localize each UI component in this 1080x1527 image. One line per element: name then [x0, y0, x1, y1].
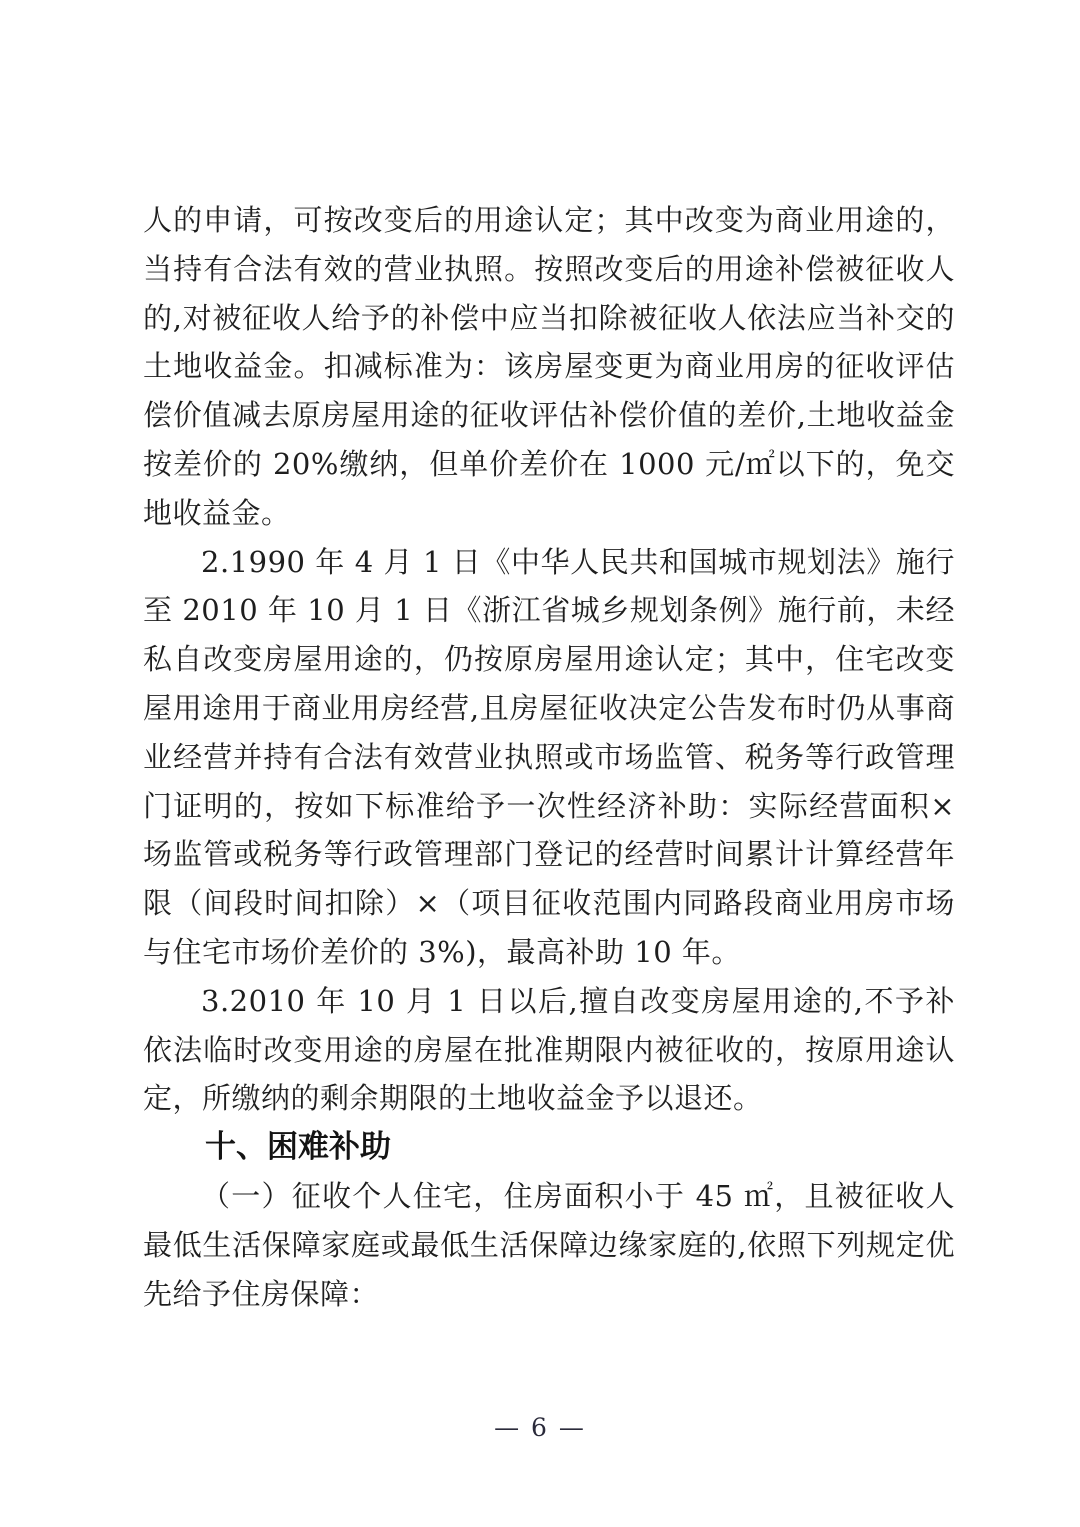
text-line: 业经营并持有合法有效营业执照或市场监管、税务等行政管理部: [143, 733, 955, 782]
text-line: 限（间段时间扣除）×（项目征收范围内同路段商业用房市场价: [143, 879, 955, 928]
section-heading: 十、困难补助: [143, 1123, 955, 1172]
text-line: 场监管或税务等行政管理部门登记的经营时间累计计算经营年: [143, 830, 955, 879]
text-line: 定，所缴纳的剩余期限的土地收益金予以退还。: [143, 1074, 955, 1123]
text-line: 依法临时改变用途的房屋在批准期限内被征收的，按原用途认: [143, 1026, 955, 1075]
text-line: 先给予住房保障：: [143, 1270, 955, 1319]
text-line: （一）征收个人住宅，住房面积小于 45 ㎡，且被征收人属: [143, 1172, 955, 1221]
document-body: 人的申请，可按改变后的用途认定；其中改变为商业用途的，应当持有合法有效的营业执照…: [143, 196, 955, 1318]
text-line: 人的申请，可按改变后的用途认定；其中改变为商业用途的，应: [143, 196, 955, 245]
page-number: — 6 —: [494, 1413, 586, 1442]
page-footer: — 6 —: [0, 1406, 1080, 1450]
text-line: 地收益金。: [143, 489, 955, 538]
text-line: 2.1990 年 4 月 1 日《中华人民共和国城市规划法》施行后: [143, 538, 955, 587]
text-line: 与住宅市场价差价的 3%)，最高补助 10 年。: [143, 928, 955, 977]
text-line: 3.2010 年 10 月 1 日以后,擅自改变房屋用途的,不予补偿；: [143, 977, 955, 1026]
text-line: 屋用途用于商业用房经营,且房屋征收决定公告发布时仍从事商: [143, 684, 955, 733]
document-page: 人的申请，可按改变后的用途认定；其中改变为商业用途的，应当持有合法有效的营业执照…: [0, 0, 1080, 1527]
text-line: 偿价值减去原房屋用途的征收评估补偿价值的差价,土地收益金: [143, 391, 955, 440]
text-line: 当持有合法有效的营业执照。按照改变后的用途补偿被征收人: [143, 245, 955, 294]
text-line: 土地收益金。扣减标准为：该房屋变更为商业用房的征收评估补: [143, 342, 955, 391]
text-line: 最低生活保障家庭或最低生活保障边缘家庭的,依照下列规定优: [143, 1221, 955, 1270]
text-line: 私自改变房屋用途的，仍按原房屋用途认定；其中，住宅改变房: [143, 635, 955, 684]
text-line: 门证明的，按如下标准给予一次性经济补助：实际经营面积×市: [143, 782, 955, 831]
text-line: 至 2010 年 10 月 1 日《浙江省城乡规划条例》施行前，未经批准: [143, 586, 955, 635]
text-line: 按差价的 20%缴纳，但单价差价在 1000 元/㎡以下的，免交土: [143, 440, 955, 489]
text-line: 的,对被征收人给予的补偿中应当扣除被征收人依法应当补交的: [143, 294, 955, 343]
